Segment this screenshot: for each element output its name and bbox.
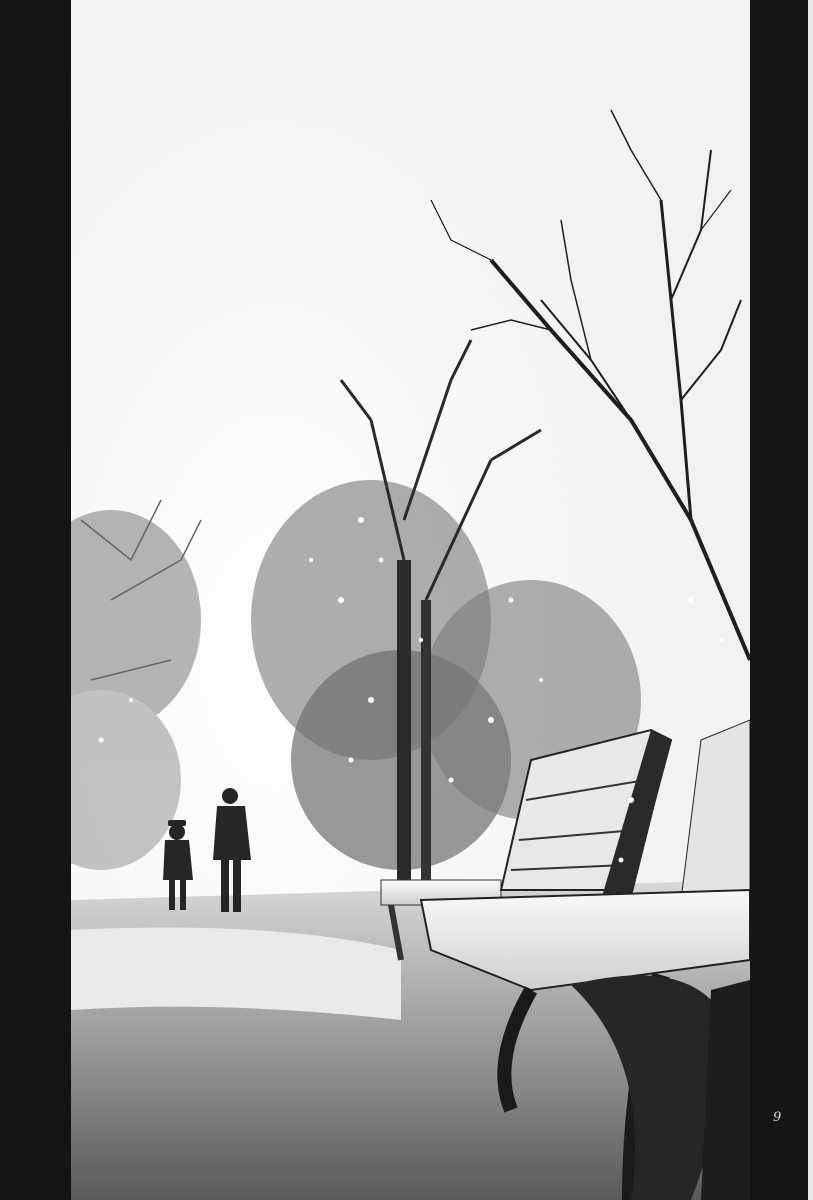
right-edge-strip xyxy=(808,0,813,1200)
left-page-border xyxy=(0,0,71,1200)
page-number: 9 xyxy=(773,1110,781,1125)
right-page-border xyxy=(750,0,813,1200)
illustration-panel xyxy=(71,0,750,1200)
park-scene-artwork xyxy=(71,0,750,1200)
